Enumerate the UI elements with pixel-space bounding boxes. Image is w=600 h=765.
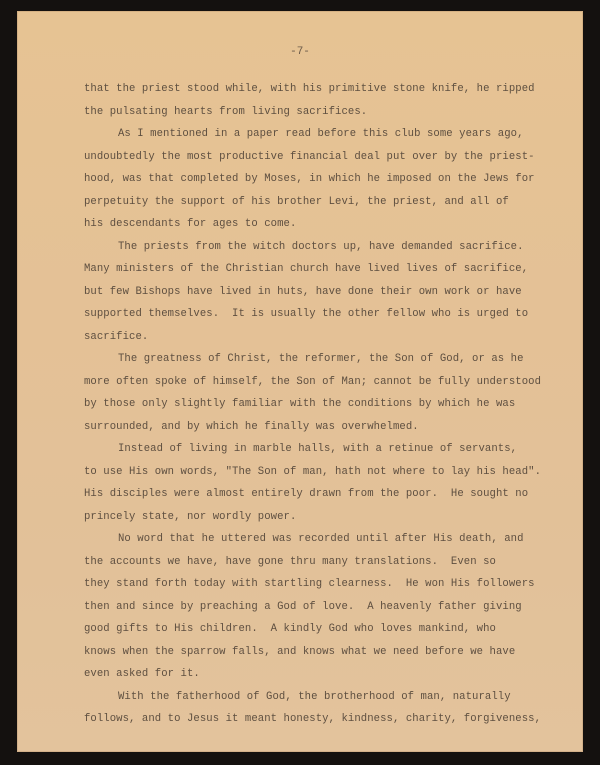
text-line: the accounts we have, have gone thru man… bbox=[84, 551, 584, 574]
text-line: sacrifice. bbox=[84, 326, 584, 349]
text-line: Many ministers of the Christian church h… bbox=[84, 258, 584, 281]
paragraph-start-line: As I mentioned in a paper read before th… bbox=[84, 123, 584, 146]
text-line: his descendants for ages to come. bbox=[84, 213, 584, 236]
text-line: His disciples were almost entirely drawn… bbox=[84, 483, 584, 506]
typewritten-page: -7- that the priest stood while, with hi… bbox=[17, 11, 583, 752]
text-line: but few Bishops have lived in huts, have… bbox=[84, 281, 584, 304]
text-line: then and since by preaching a God of lov… bbox=[84, 596, 584, 619]
text-line: more often spoke of himself, the Son of … bbox=[84, 371, 584, 394]
body-text: that the priest stood while, with his pr… bbox=[84, 78, 584, 731]
text-line: by those only slightly familiar with the… bbox=[84, 393, 584, 416]
text-line: that the priest stood while, with his pr… bbox=[84, 78, 584, 101]
paragraph-start-line: The greatness of Christ, the reformer, t… bbox=[84, 348, 584, 371]
text-line: follows, and to Jesus it meant honesty, … bbox=[84, 708, 584, 731]
text-line: hood, was that completed by Moses, in wh… bbox=[84, 168, 584, 191]
text-line: good gifts to His children. A kindly God… bbox=[84, 618, 584, 641]
text-line: to use His own words, "The Son of man, h… bbox=[84, 461, 584, 484]
page-number: -7- bbox=[17, 46, 583, 58]
text-line: undoubtedly the most productive financia… bbox=[84, 146, 584, 169]
text-line: supported themselves. It is usually the … bbox=[84, 303, 584, 326]
paragraph-start-line: With the fatherhood of God, the brotherh… bbox=[84, 686, 584, 709]
paragraph-start-line: Instead of living in marble halls, with … bbox=[84, 438, 584, 461]
paragraph-start-line: No word that he uttered was recorded unt… bbox=[84, 528, 584, 551]
text-line: perpetuity the support of his brother Le… bbox=[84, 191, 584, 214]
text-line: even asked for it. bbox=[84, 663, 584, 686]
text-line: they stand forth today with startling cl… bbox=[84, 573, 584, 596]
text-line: princely state, nor wordly power. bbox=[84, 506, 584, 529]
scanned-document: -7- that the priest stood while, with hi… bbox=[0, 0, 600, 765]
text-line: the pulsating hearts from living sacrifi… bbox=[84, 101, 584, 124]
text-line: surrounded, and by which he finally was … bbox=[84, 416, 584, 439]
text-line: knows when the sparrow falls, and knows … bbox=[84, 641, 584, 664]
paragraph-start-line: The priests from the witch doctors up, h… bbox=[84, 236, 584, 259]
